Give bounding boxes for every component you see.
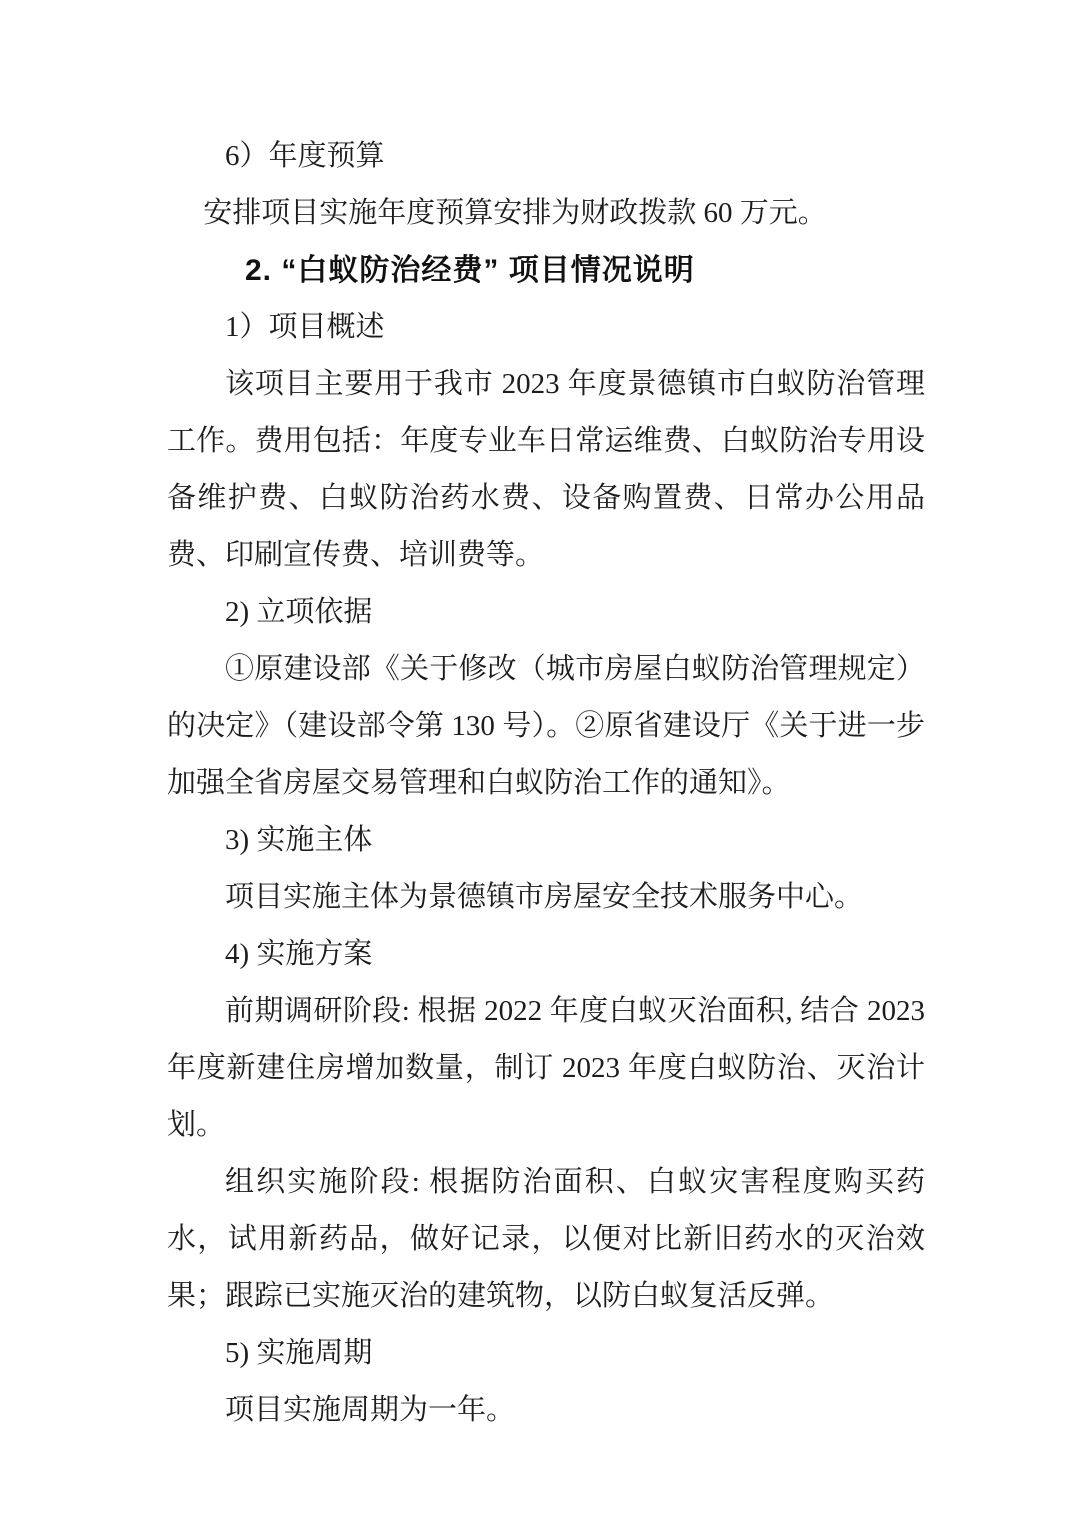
para-approval-basis: ①原建设部《关于修改（城市房屋白蚁防治管理规定）的决定》（建设部令第 130 号… bbox=[167, 641, 925, 812]
list-item-1-overview: 1）项目概述 bbox=[167, 299, 925, 356]
para-implementing-entity: 项目实施主体为景德镇市房屋安全技术服务中心。 bbox=[167, 869, 925, 926]
list-item-5-period: 5) 实施周期 bbox=[167, 1325, 925, 1382]
para-implementation-period: 项目实施周期为一年。 bbox=[167, 1382, 925, 1439]
list-item-4-plan: 4) 实施方案 bbox=[167, 926, 925, 983]
para-plan-implementation-stage: 组织实施阶段: 根据防治面积、白蚁灾害程度购买药水，试用新药品，做好记录，以便对… bbox=[167, 1154, 925, 1325]
para-annual-budget-amount: 安排项目实施年度预算安排为财政拨款 60 万元。 bbox=[167, 185, 925, 242]
section-heading-termite-project: 2. “白蚁防治经费” 项目情况说明 bbox=[167, 242, 925, 299]
para-project-overview: 该项目主要用于我市 2023 年度景德镇市白蚁防治管理工作。费用包括：年度专业车… bbox=[167, 356, 925, 584]
document-content: 6）年度预算 安排项目实施年度预算安排为财政拨款 60 万元。 2. “白蚁防治… bbox=[167, 128, 925, 1439]
document-page: 6）年度预算 安排项目实施年度预算安排为财政拨款 60 万元。 2. “白蚁防治… bbox=[0, 0, 1074, 1520]
list-item-6-annual-budget: 6）年度预算 bbox=[167, 128, 925, 185]
list-item-2-basis: 2) 立项依据 bbox=[167, 584, 925, 641]
para-plan-research-stage: 前期调研阶段: 根据 2022 年度白蚁灭治面积, 结合 2023 年度新建住房… bbox=[167, 983, 925, 1154]
list-item-3-entity: 3) 实施主体 bbox=[167, 812, 925, 869]
